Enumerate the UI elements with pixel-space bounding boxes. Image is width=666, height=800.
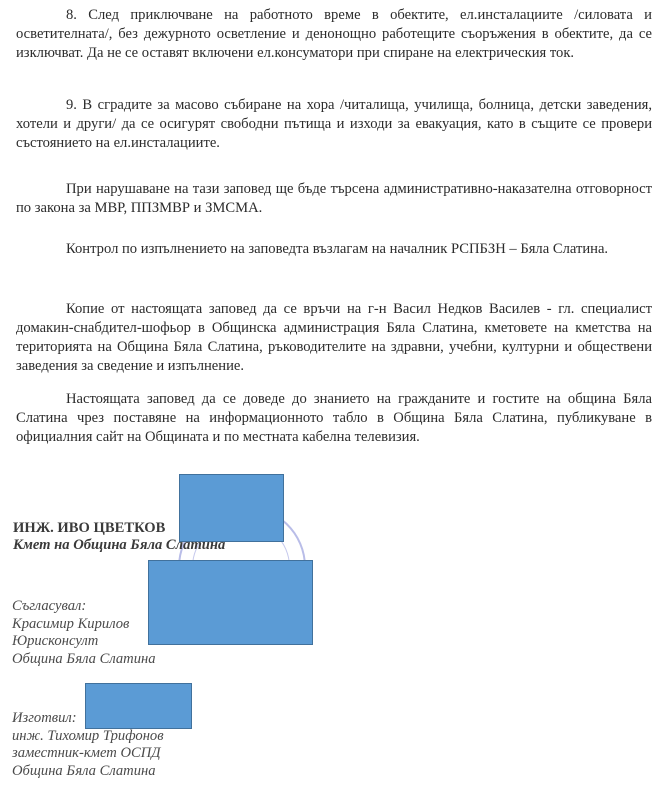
paragraph-item-8: 8. След приключване на работното време в…	[16, 6, 652, 63]
prepared-by-name: инж. Тихомир Трифонов	[12, 728, 164, 746]
agreed-by-block: Съгласувал: Красимир Кирилов Юрисконсулт…	[12, 598, 156, 668]
agreed-by-label: Съгласувал:	[12, 598, 156, 616]
agreed-by-org: Община Бяла Слатина	[12, 651, 156, 669]
agreed-by-position: Юрисконсулт	[12, 633, 156, 651]
agreed-by-name: Красимир Кирилов	[12, 616, 156, 634]
paragraph-copy-distribution: Копие от настоящата заповед да се връчи …	[16, 300, 652, 376]
redacted-agreed-signature	[148, 560, 313, 645]
prepared-by-position: заместник-кмет ОСПД	[12, 745, 164, 763]
paragraph-item-9: 9. В сградите за масово събиране на хора…	[16, 96, 652, 153]
redacted-mayor-signature	[179, 474, 284, 542]
paragraph-control: Контрол по изпълнението на заповедта въз…	[16, 240, 652, 259]
prepared-by-org: Община Бяла Слатина	[12, 763, 164, 781]
redacted-prepared-signature	[85, 683, 192, 729]
signatory-name: ИНЖ. ИВО ЦВЕТКОВ	[13, 520, 165, 537]
paragraph-violation: При нарушаване на тази заповед ще бъде т…	[16, 180, 652, 218]
paragraph-publication: Настоящата заповед да се доведе до знани…	[16, 390, 652, 447]
